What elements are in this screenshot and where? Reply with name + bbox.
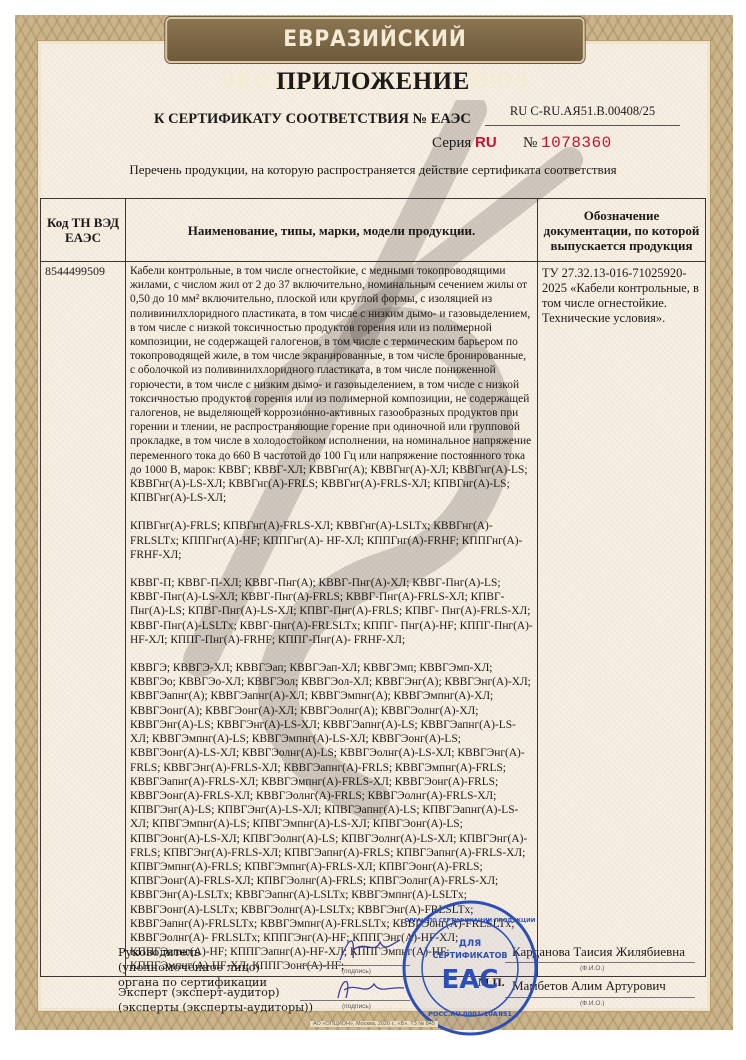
head-name-line — [505, 962, 695, 963]
certificate-label: К СЕРТИФИКАТУ СООТВЕТСТВИЯ № ЕАЭС — [154, 111, 471, 128]
form-number: 1078360 — [541, 134, 612, 152]
head-label: Руководитель (уполномоченное лицо) орган… — [118, 945, 288, 990]
union-banner: ЕВРАЗИЙСКИЙ ЭКОНОМИЧЕСКИЙ СОЮЗ — [165, 17, 585, 63]
head-signature-caption: (подпись) — [342, 968, 371, 975]
expert-signature-line — [300, 1000, 410, 1001]
description-paragraph: КВВГ-П; КВВГ-П-ХЛ; КВВГ-Пнг(А); КВВГ-Пнг… — [130, 576, 533, 647]
series-line: Серия RU № 1078360 — [432, 134, 612, 152]
table-row: 8544499509 Кабели контрольные, в том чис… — [41, 262, 706, 977]
head-name: Карданова Таисия Жилябиевна — [512, 944, 685, 960]
seal-label: М.П. — [478, 975, 505, 990]
certificate-number: RU C-RU.АЯ51.В.00408/25 — [485, 104, 680, 126]
products-table: Код ТН ВЭД ЕАЭС Наименование, типы, марк… — [40, 198, 706, 977]
printer-imprint: АО «ОПЦИОН», Москва, 2020 г., «Б», Т3 № … — [310, 1021, 438, 1027]
cell-documentation: ТУ 27.32.13-016-71025920-2025 «Кабели ко… — [538, 262, 706, 977]
description-paragraph: КПВГнг(А)-FRLS; КПВГнг(А)-FRLS-ХЛ; КВВГн… — [130, 519, 533, 562]
number-label: № — [523, 135, 537, 151]
products-subtitle: Перечень продукции, на которую распростр… — [0, 162, 746, 178]
expert-name: Мамбетов Алим Артурович — [512, 978, 666, 994]
header-name: Наименование, типы, марки, модели продук… — [126, 199, 538, 262]
expert-signature-caption: (подпись) — [342, 1003, 371, 1010]
header-code: Код ТН ВЭД ЕАЭС — [41, 199, 126, 262]
table-header-row: Код ТН ВЭД ЕАЭС Наименование, типы, марк… — [41, 199, 706, 262]
header-documentation: Обозначение документации, по которой вып… — [538, 199, 706, 262]
head-signature-line — [300, 965, 410, 966]
expert-label: Эксперт (эксперт-аудитор) (эксперты (экс… — [118, 985, 318, 1015]
cell-code: 8544499509 — [41, 262, 126, 977]
head-fio-caption: (Ф.И.О.) — [580, 965, 604, 972]
document-title: ПРИЛОЖЕНИЕ — [0, 68, 746, 96]
series-label: Серия — [432, 135, 471, 151]
expert-fio-caption: (Ф.И.О.) — [580, 1000, 604, 1007]
description-paragraph: Кабели контрольные, в том числе огнестой… — [130, 264, 533, 505]
cell-description: Кабели контрольные, в том числе огнестой… — [126, 262, 538, 977]
series-value: RU — [475, 134, 497, 151]
description-paragraph: КВВГЭ; КВВГЭ-ХЛ; КВВГЭап; КВВГЭап-ХЛ; КВ… — [130, 661, 533, 973]
expert-name-line — [505, 997, 695, 998]
